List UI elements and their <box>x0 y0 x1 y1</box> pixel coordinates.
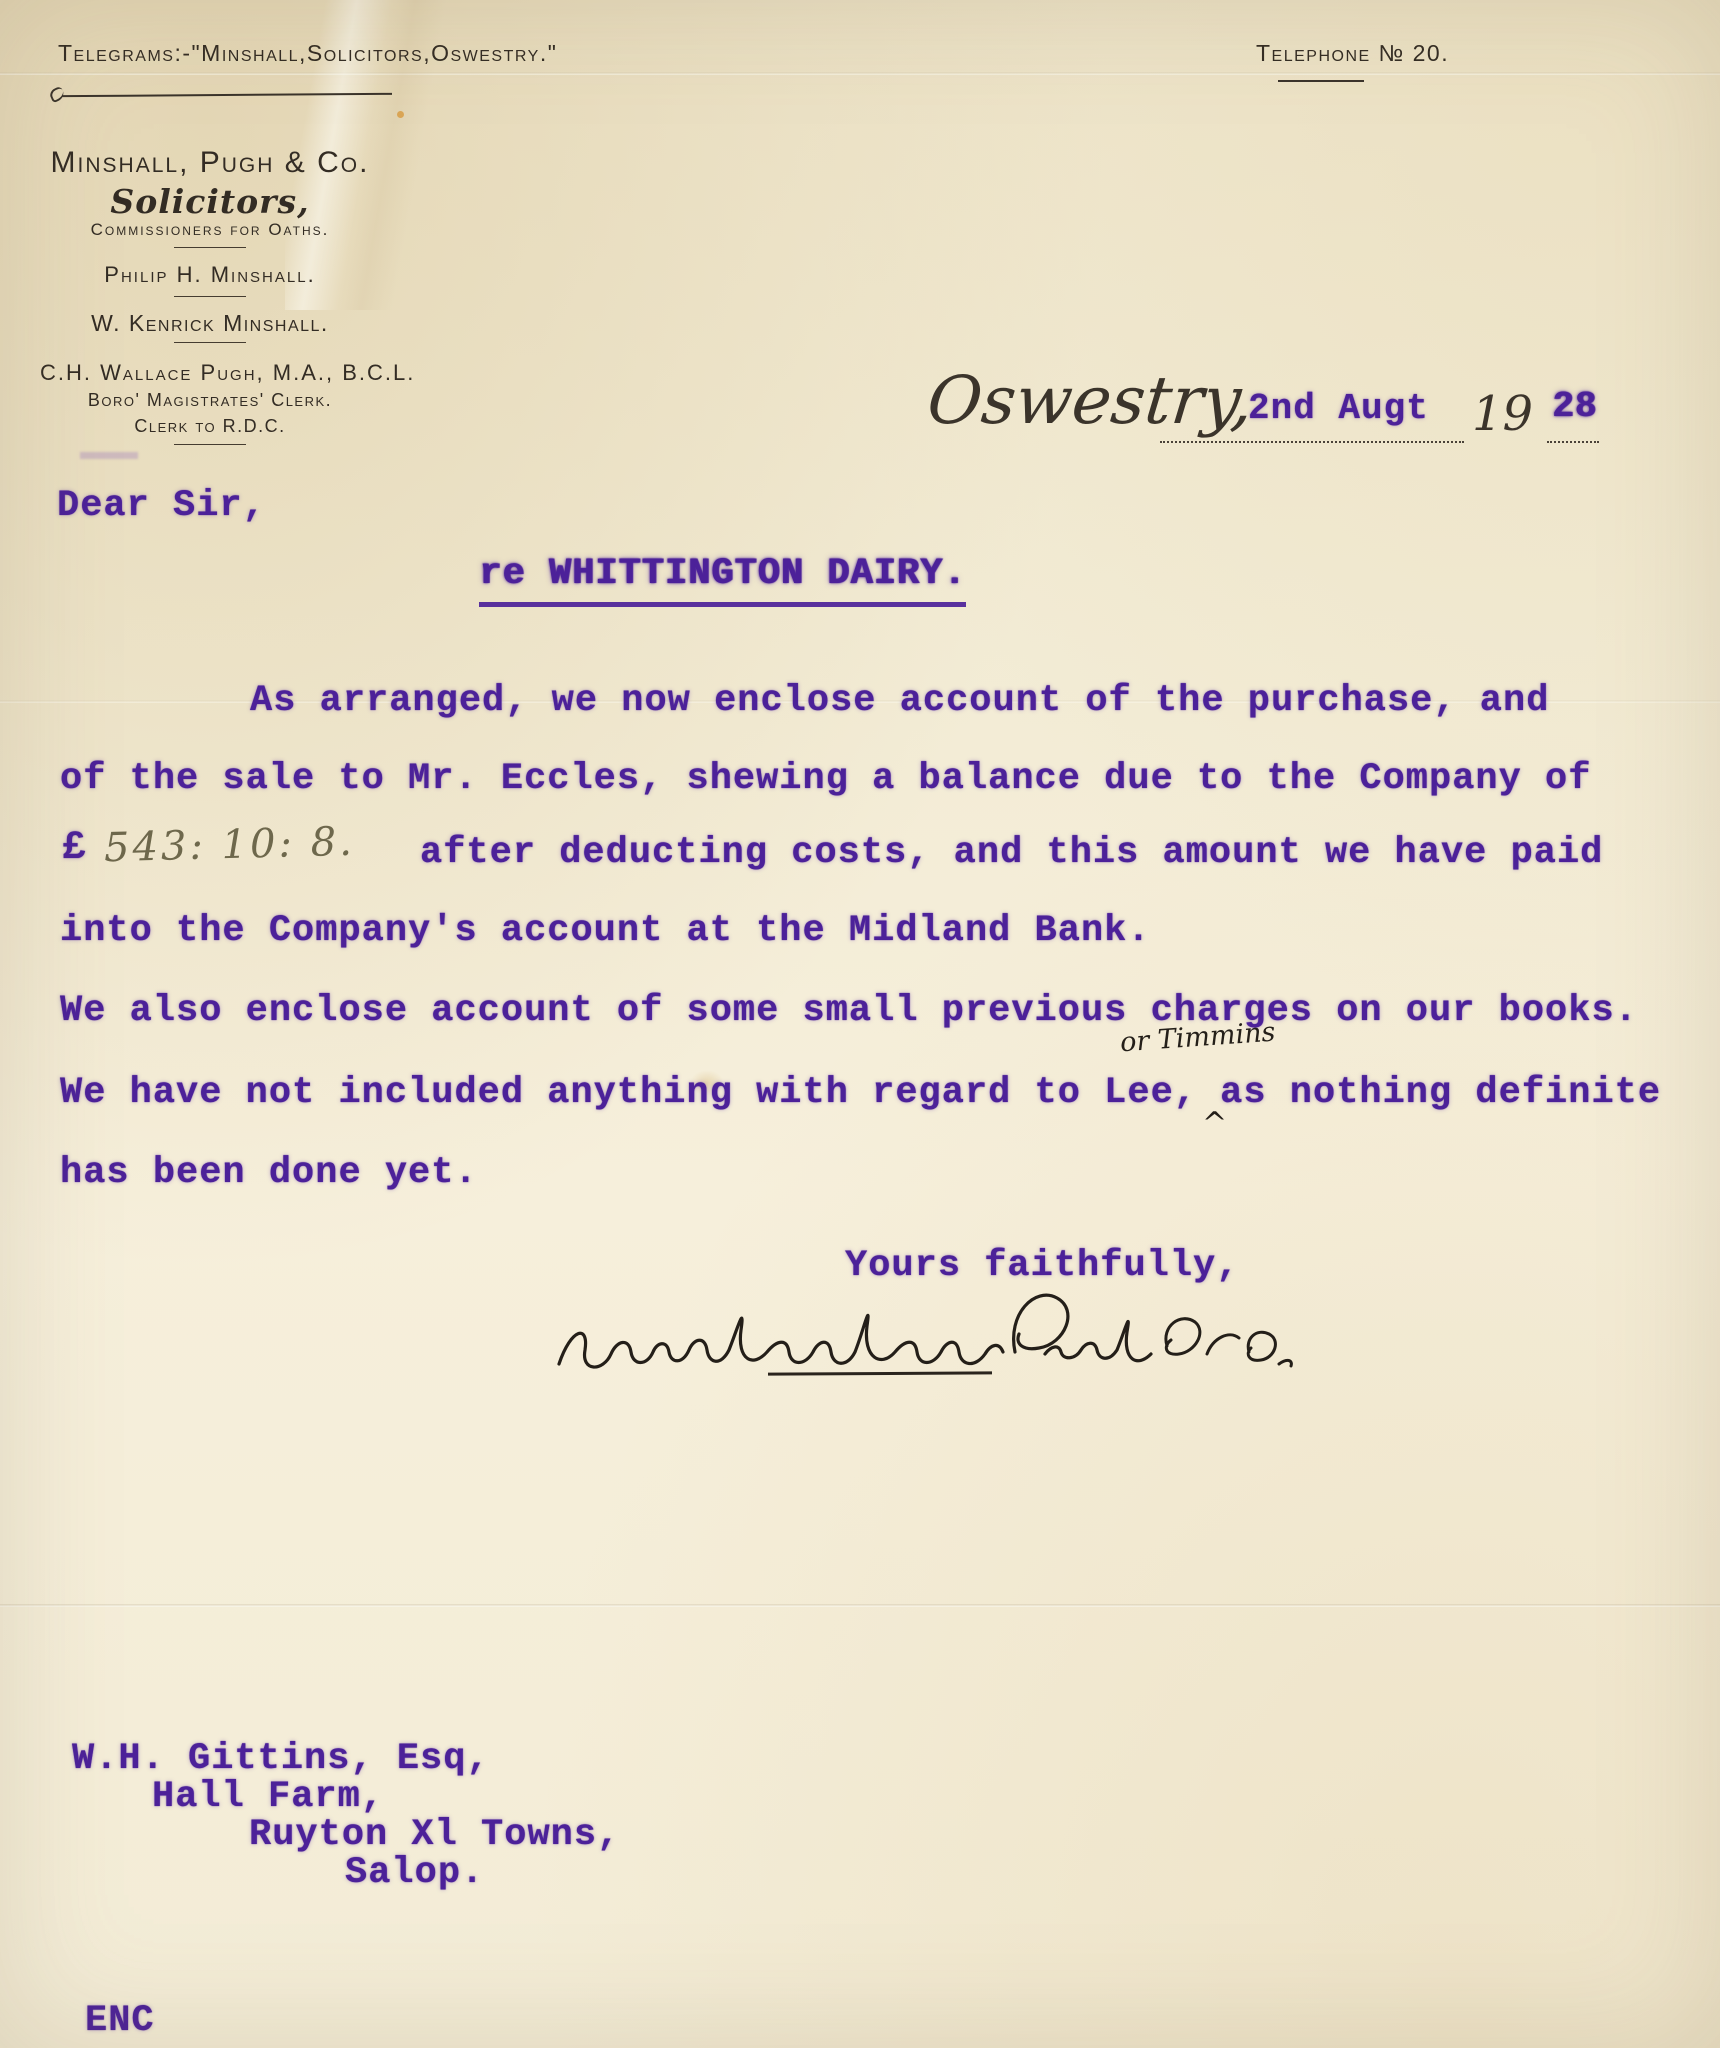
dateline-printed-19: 19 <box>1472 386 1533 442</box>
paper-stain <box>397 111 404 118</box>
pound-sign: £ <box>62 826 87 871</box>
letterhead-firm-name: Minshall, Pugh & Co. <box>40 146 380 180</box>
recipient-line: W.H. Gittins, Esq, <box>72 1738 490 1780</box>
ink-smudge <box>80 452 138 459</box>
body-line: We have not included anything with regar… <box>60 1072 1661 1114</box>
telegrams-line: Telegrams:-"Minshall,Solicitors,Oswestry… <box>58 40 557 67</box>
body-line: We also enclose account of some small pr… <box>60 990 1638 1032</box>
body-line: of the sale to Mr. Eccles, shewing a bal… <box>60 758 1591 800</box>
body-line: has been done yet. <box>60 1152 478 1194</box>
enclosure-note: ENC <box>85 2000 155 2042</box>
recipient-line: Ruyton Xl Towns, <box>249 1814 620 1856</box>
letterhead-partner: Philip H. Minshall. <box>40 262 380 288</box>
paper-crease <box>0 1604 1720 1607</box>
telegrams-flourish-tip <box>48 86 66 104</box>
letterhead-title: Boro' Magistrates' Clerk. <box>40 390 380 411</box>
letterhead-commissioners: Commissioners for Oaths. <box>40 220 380 240</box>
letterhead-divider <box>174 296 246 297</box>
letterhead-title: Clerk to R.D.C. <box>40 416 380 437</box>
salutation: Dear Sir, <box>57 485 266 527</box>
body-line: As arranged, we now enclose account of t… <box>250 680 1549 722</box>
handwritten-amount: 543: 10: 8. <box>103 819 355 872</box>
recipient-line: Hall Farm, <box>152 1776 384 1818</box>
dateline-year: 28 <box>1552 386 1597 427</box>
letterhead-partner: W. Kenrick Minshall. <box>40 310 380 337</box>
signature-scrawl <box>545 1268 1305 1423</box>
letterhead-divider <box>174 247 246 248</box>
dateline-day-month: 2nd Augt <box>1248 388 1429 429</box>
letterhead-divider <box>174 444 246 445</box>
subject-line: re WHITTINGTON DAIRY. <box>479 553 966 607</box>
letterhead-divider <box>174 342 246 343</box>
dateline-dotted-rule-short <box>1547 441 1599 443</box>
scanned-letter-page: Telegrams:-"Minshall,Solicitors,Oswestry… <box>0 0 1720 2048</box>
body-line: after deducting costs, and this amount w… <box>420 832 1603 874</box>
dateline-place: Oswestry, <box>924 362 1257 439</box>
paper-crease <box>0 72 1720 75</box>
telephone-line: Telephone № 20. <box>1256 40 1449 67</box>
dateline-dotted-rule <box>1160 441 1464 443</box>
telephone-underline <box>1278 80 1364 82</box>
body-line: into the Company's account at the Midlan… <box>60 910 1151 952</box>
recipient-line: Salop. <box>345 1852 484 1894</box>
letterhead-role: Solicitors, <box>40 182 380 221</box>
insertion-caret: ^ <box>1202 1106 1227 1141</box>
telegrams-underline-flourish <box>62 93 392 97</box>
letterhead-partner: C.H. Wallace Pugh, M.A., B.C.L. <box>40 360 380 386</box>
